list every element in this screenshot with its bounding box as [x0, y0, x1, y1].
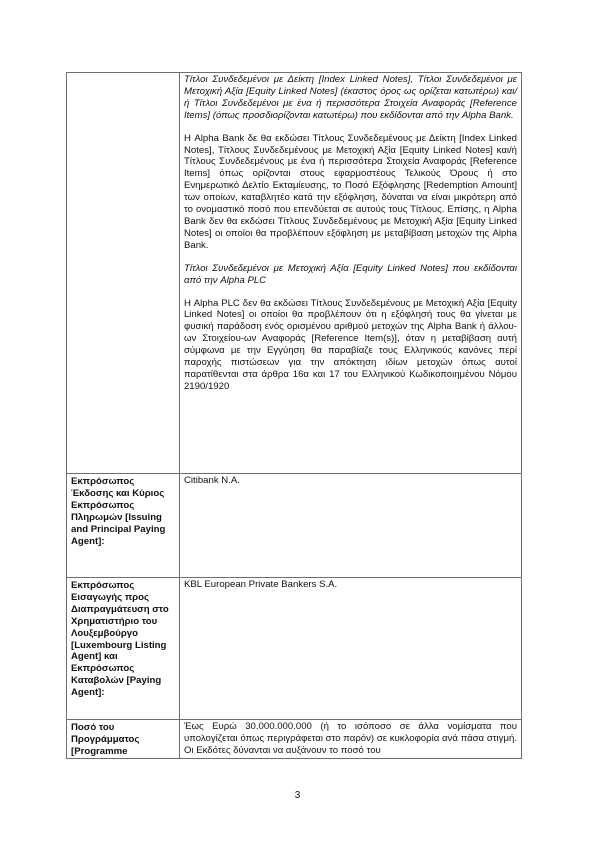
row-value: Τίτλοι Συνδεδεμένοι με Δείκτη [Index Lin…	[179, 73, 521, 474]
row-label-issuing-agent: Εκπρόσωπος Έκδοσης και Κύριος Εκπρόσωπος…	[67, 474, 180, 578]
row-label-listing-agent: Εκπρόσωπος Εισαγωγής προς Διαπραγμάτευση…	[67, 578, 180, 720]
paragraph-alpha-plc-restrictions: Η Alpha PLC δεν θα εκδώσει Τίτλους Συνδε…	[184, 298, 517, 393]
summary-table: Τίτλοι Συνδεδεμένοι με Δείκτη [Index Lin…	[66, 72, 522, 759]
page-number: 3	[0, 790, 595, 801]
paragraph-alpha-bank-notes-heading: Τίτλοι Συνδεδεμένοι με Δείκτη [Index Lin…	[184, 74, 517, 122]
paragraph-alpha-plc-heading: Τίτλοι Συνδεδεμένοι με Μετοχική Αξία [Eq…	[184, 263, 517, 287]
table-row: Εκπρόσωπος Έκδοσης και Κύριος Εκπρόσωπος…	[67, 474, 522, 578]
row-label	[67, 73, 180, 474]
paragraph-alpha-bank-restrictions: Η Alpha Bank δε θα εκδώσει Τίτλους Συνδε…	[184, 133, 517, 252]
listing-agent-value: KBL European Private Bankers S.A.	[184, 579, 517, 591]
row-label-programme-amount: Ποσό του Προγράμματος [Programme	[67, 720, 180, 759]
row-value-issuing-agent: Citibank N.A.	[179, 474, 521, 578]
row-value-programme-amount: Έως Ευρώ 30.000.000.000 (ή το ισόποσο σε…	[179, 720, 521, 759]
row-value-listing-agent: KBL European Private Bankers S.A.	[179, 578, 521, 720]
table-row: Ποσό του Προγράμματος [Programme Έως Ευρ…	[67, 720, 522, 759]
table-row: Εκπρόσωπος Εισαγωγής προς Διαπραγμάτευση…	[67, 578, 522, 720]
programme-amount-value: Έως Ευρώ 30.000.000.000 (ή το ισόποσο σε…	[184, 721, 517, 757]
table-row: Τίτλοι Συνδεδεμένοι με Δείκτη [Index Lin…	[67, 73, 522, 474]
issuing-agent-value: Citibank N.A.	[184, 475, 517, 487]
